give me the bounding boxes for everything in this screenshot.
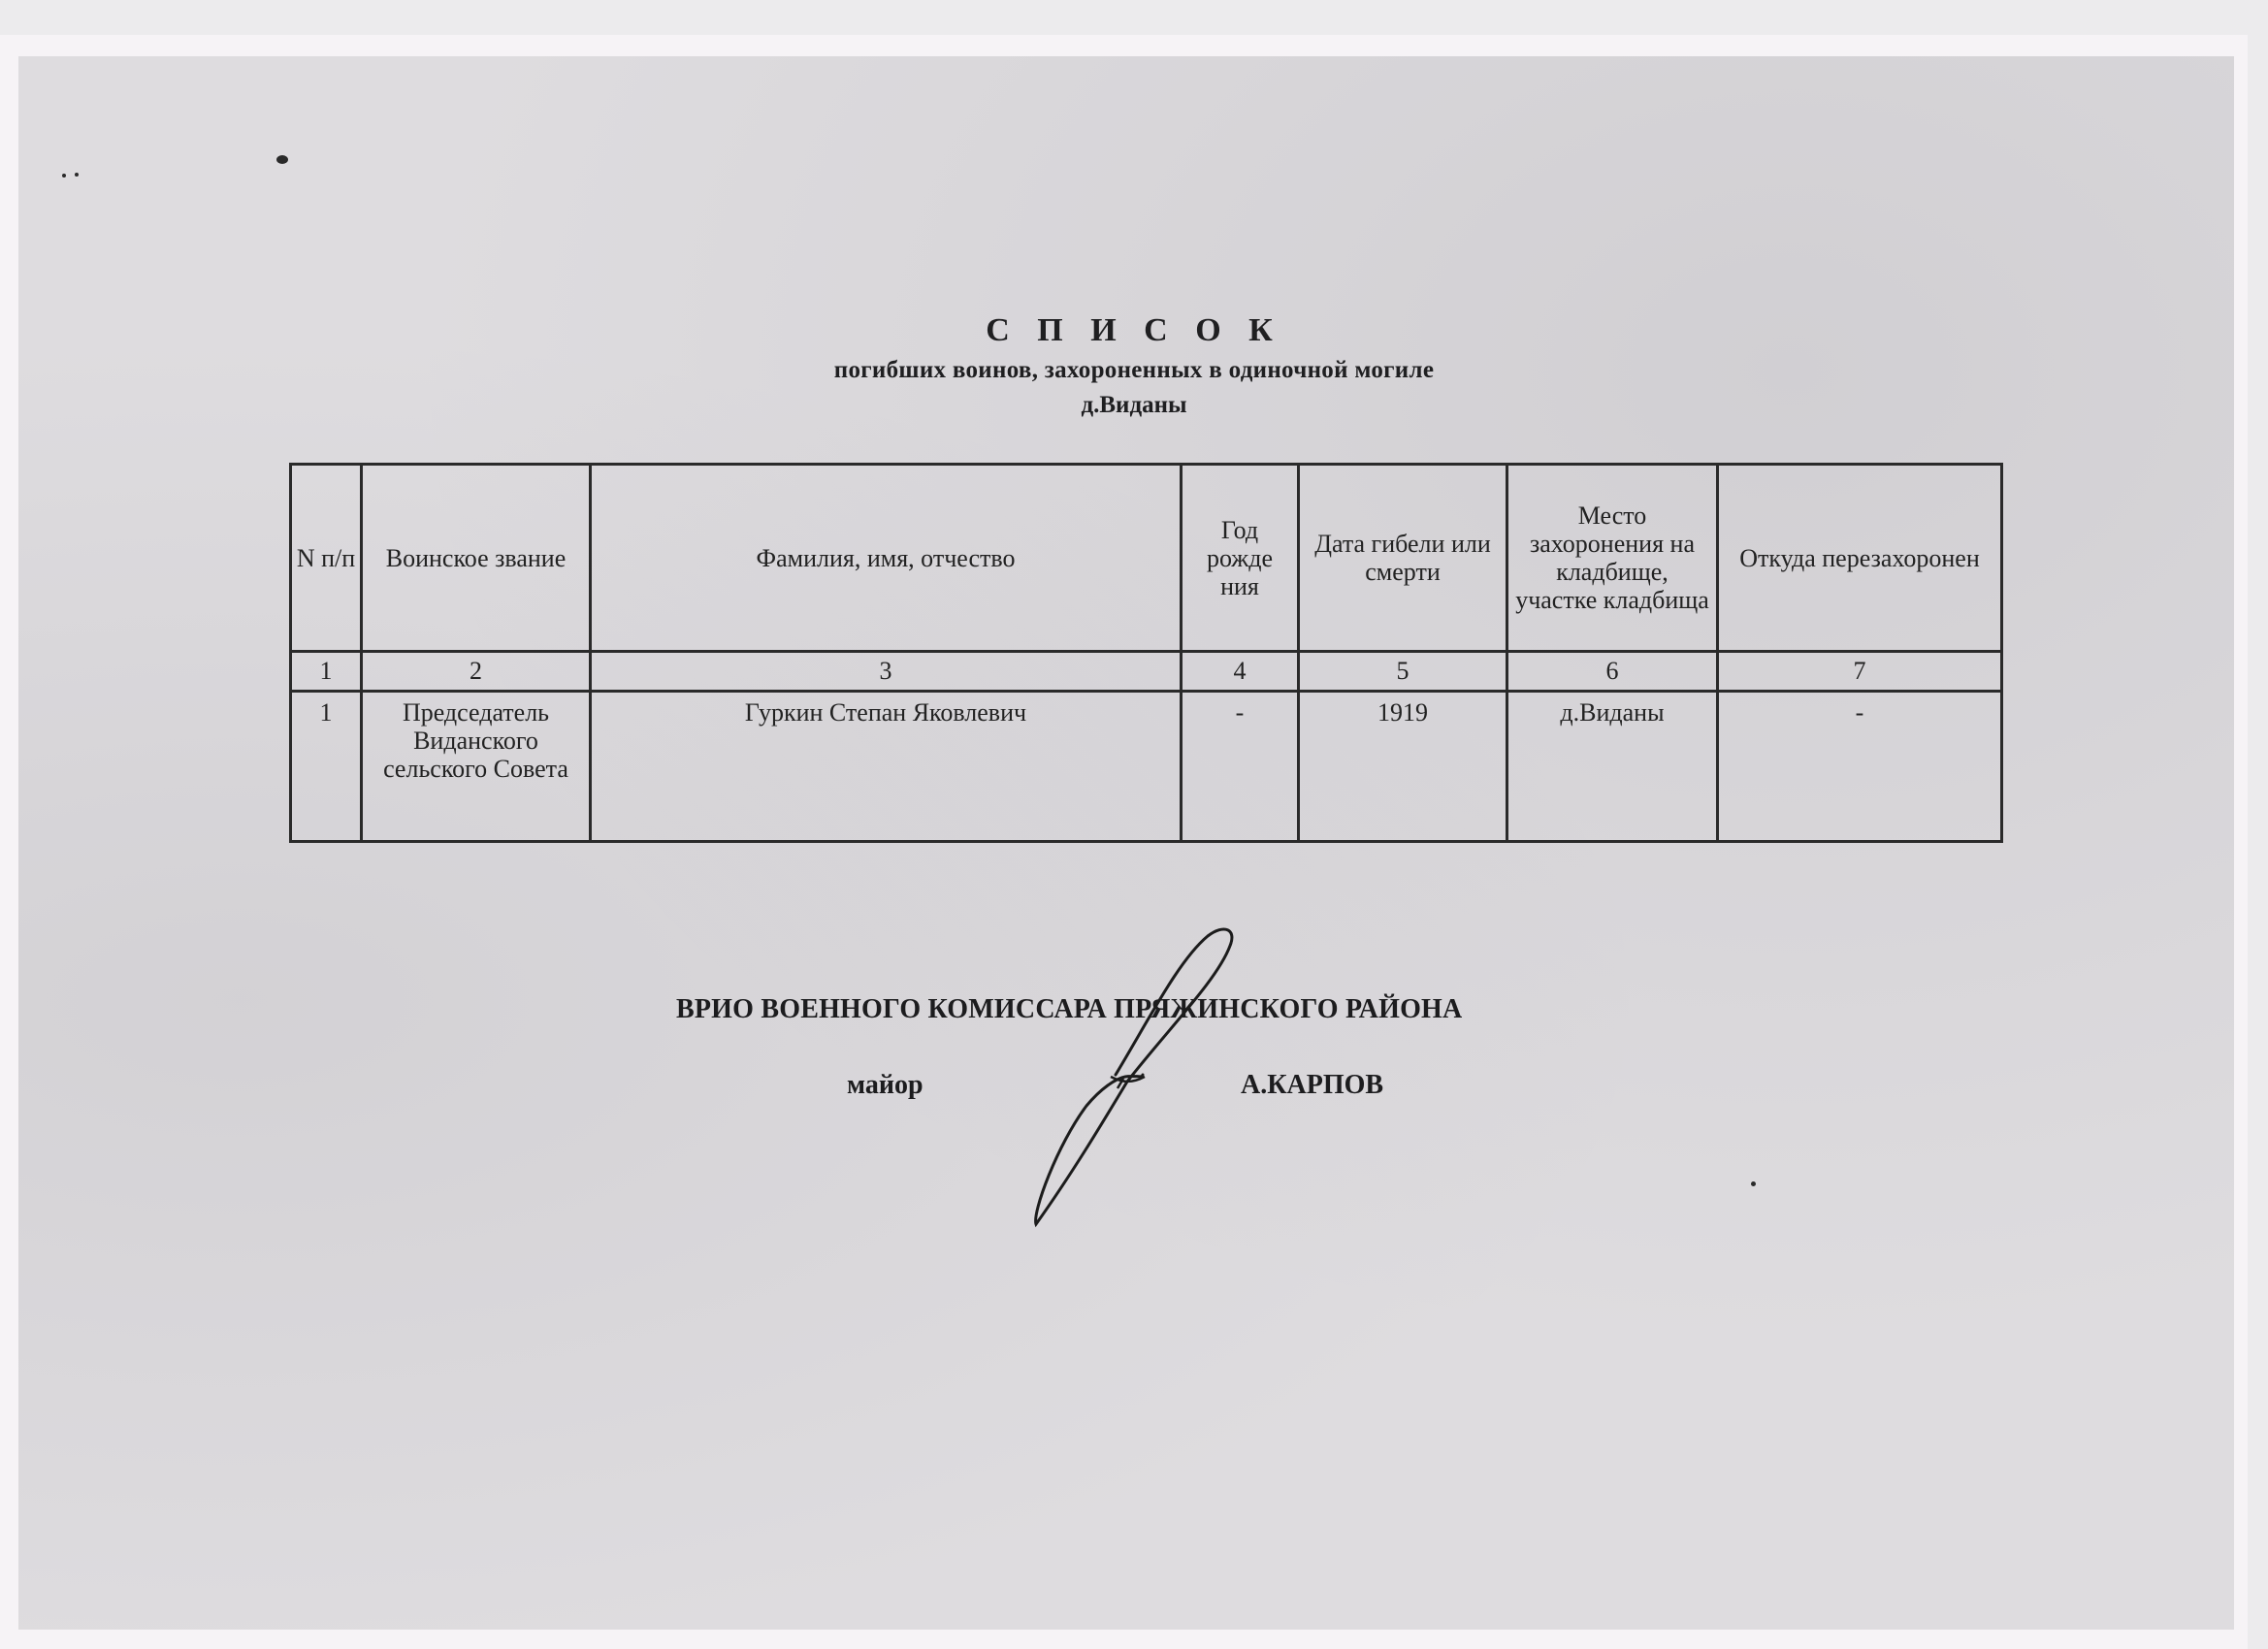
cell-birth-year: - <box>1182 692 1299 842</box>
header-birth-year: Год рожде ния <box>1182 465 1299 652</box>
column-number: 4 <box>1182 652 1299 692</box>
document-subtitle: погибших воинов, захороненных в одиночно… <box>0 357 2268 384</box>
signatory-rank: майор <box>847 1070 923 1101</box>
cell-full-name: Гуркин Степан Яковлевич <box>591 692 1182 842</box>
header-full-name: Фамилия, имя, отчество <box>591 465 1182 652</box>
toner-speck <box>1751 1181 1756 1186</box>
column-number: 2 <box>362 652 591 692</box>
column-number: 5 <box>1299 652 1507 692</box>
cell-death-date: 1919 <box>1299 692 1507 842</box>
signatory-position: ВРИО ВОЕННОГО КОМИССАРА ПРЯЖИНСКОГО РАЙО… <box>676 994 1596 1025</box>
signatory-name: А.КАРПОВ <box>1241 1070 1383 1101</box>
header-rank: Воинское звание <box>362 465 591 652</box>
scanned-print-area <box>18 56 2234 1630</box>
header-death-date: Дата гибели или смерти <box>1299 465 1507 652</box>
burial-roster-table: N п/п Воинское звание Фамилия, имя, отче… <box>289 463 2003 843</box>
column-number-row: 1 2 3 4 5 6 7 <box>291 652 2002 692</box>
header-number: N п/п <box>291 465 362 652</box>
cell-reburied-from: - <box>1718 692 2002 842</box>
table-header-row: N п/п Воинское звание Фамилия, имя, отче… <box>291 465 2002 652</box>
column-number: 6 <box>1507 652 1718 692</box>
cell-burial-place: д.Виданы <box>1507 692 1718 842</box>
table-row: 1 Председатель Виданского сельского Сове… <box>291 692 2002 842</box>
column-number: 3 <box>591 652 1182 692</box>
toner-speck <box>75 173 79 177</box>
header-reburied-from: Откуда перезахоронен <box>1718 465 2002 652</box>
cell-number: 1 <box>291 692 362 842</box>
column-number: 1 <box>291 652 362 692</box>
document-title: С П И С О К <box>0 312 2268 349</box>
toner-speck <box>62 174 66 178</box>
header-burial-place: Место захоронения на кладбище, участке к… <box>1507 465 1718 652</box>
cell-rank: Председатель Виданского сельского Совета <box>362 692 591 842</box>
toner-speck <box>276 155 288 164</box>
document-place: д.Виданы <box>0 392 2268 419</box>
column-number: 7 <box>1718 652 2002 692</box>
